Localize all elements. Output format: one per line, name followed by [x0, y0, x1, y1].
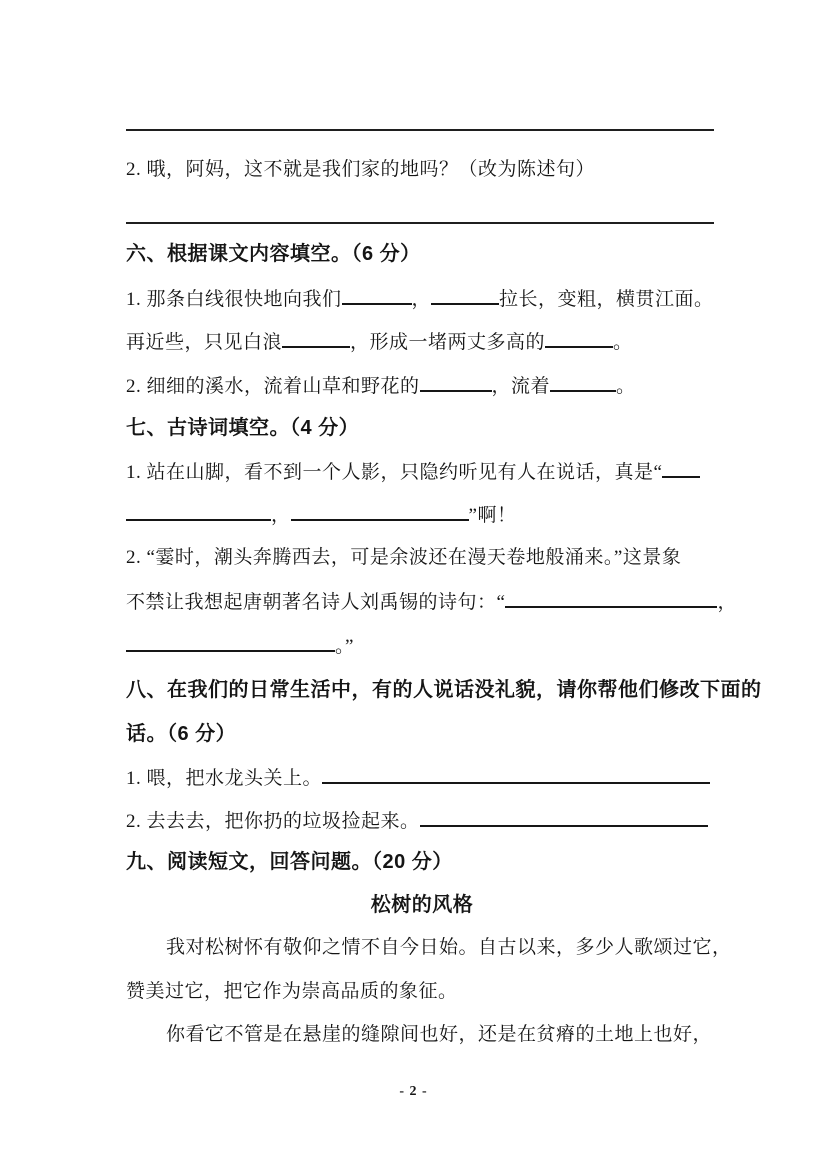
- section6-q1-line1: 1. 那条白线很快地向我们，拉长，变粗，横贯江面。: [126, 285, 714, 313]
- question-text: 。: [613, 332, 633, 353]
- question-text: ，流着: [492, 376, 551, 397]
- question-text: 2. “霎时，潮头奔腾西去，可是余波还在漫天卷地般涌来。”这景象: [126, 547, 681, 568]
- passage-title-text: 松树的风格: [371, 894, 474, 916]
- divider-line: [126, 222, 714, 224]
- question-text: ，: [717, 592, 737, 613]
- passage-text: 我对松树怀有敬仰之情不自今日始。自古以来，多少人歌颂过它，: [166, 937, 732, 958]
- section7-q2-line3: 。”: [126, 632, 354, 660]
- answer-blank: [420, 807, 708, 827]
- answer-blank: [126, 632, 335, 652]
- divider-line: [126, 129, 714, 131]
- answer-blank: [126, 501, 271, 521]
- answer-blank: [550, 372, 616, 392]
- section7-heading: 七、古诗词填空。（4 分）: [126, 415, 359, 441]
- question-text: 。”: [335, 636, 354, 657]
- question-text: 1. 喂，把水龙头关上。: [126, 768, 322, 789]
- section-heading-text: 九、阅读短文，回答问题。（20 分）: [126, 851, 453, 873]
- question-line-prev-q2: 2. 哦，阿妈，这不就是我们家的地吗？（改为陈述句）: [126, 157, 595, 183]
- question-text: 1. 站在山脚，看不到一个人影，只隐约听见有人在说话，真是“: [126, 462, 662, 483]
- answer-blank: [322, 764, 710, 784]
- section7-q1-line2: ，”啊！: [126, 501, 516, 529]
- page-number-text: - 2 -: [399, 1084, 427, 1099]
- exam-page: 2. 哦，阿妈，这不就是我们家的地吗？（改为陈述句） 六、根据课文内容填空。（6…: [0, 0, 827, 1169]
- section8-q2-line: 2. 去去去，把你扔的垃圾捡起来。: [126, 807, 708, 835]
- section6-heading: 六、根据课文内容填空。（6 分）: [126, 241, 421, 267]
- answer-blank: [545, 328, 613, 348]
- section9-heading: 九、阅读短文，回答问题。（20 分）: [126, 849, 453, 875]
- question-text: 再近些，只见白浪: [126, 332, 282, 353]
- section-heading-text: 七、古诗词填空。（4 分）: [126, 417, 359, 439]
- question-text: 拉长，变粗，横贯江面。: [499, 289, 714, 310]
- section7-q2-line2: 不禁让我想起唐朝著名诗人刘禹锡的诗句：“，: [126, 588, 737, 616]
- page-number: - 2 -: [0, 1084, 827, 1100]
- section-heading-text: 六、根据课文内容填空。（6 分）: [126, 243, 421, 265]
- answer-blank: [662, 458, 700, 478]
- answer-blank: [431, 285, 499, 305]
- question-text: 。: [616, 376, 636, 397]
- question-text: 不禁让我想起唐朝著名诗人刘禹锡的诗句：“: [126, 592, 505, 613]
- passage-text: 赞美过它，把它作为崇高品质的象征。: [126, 981, 458, 1002]
- passage-paragraph1-line1: 我对松树怀有敬仰之情不自今日始。自古以来，多少人歌颂过它，: [166, 935, 732, 961]
- section8-heading-line2: 话。（6 分）: [126, 721, 236, 747]
- answer-blank: [342, 285, 412, 305]
- question-text: ”啊！: [469, 505, 517, 526]
- passage-paragraph1-line2: 赞美过它，把它作为崇高品质的象征。: [126, 979, 458, 1005]
- passage-paragraph2-line1: 你看它不管是在悬崖的缝隙间也好，还是在贫瘠的土地上也好，: [166, 1022, 712, 1048]
- question-text: 1. 那条白线很快地向我们: [126, 289, 342, 310]
- section8-q1-line: 1. 喂，把水龙头关上。: [126, 764, 710, 792]
- answer-blank: [291, 501, 469, 521]
- passage-text: 你看它不管是在悬崖的缝隙间也好，还是在贫瘠的土地上也好，: [166, 1024, 712, 1045]
- question-text: ，: [412, 289, 432, 310]
- question-text: ，形成一堵两丈多高的: [350, 332, 545, 353]
- section7-q1-line1: 1. 站在山脚，看不到一个人影，只隐约听见有人在说话，真是“: [126, 458, 700, 486]
- section6-q1-line2: 再近些，只见白浪，形成一堵两丈多高的。: [126, 328, 633, 356]
- question-text: 2. 去去去，把你扔的垃圾捡起来。: [126, 811, 420, 832]
- section8-heading-line1: 八、在我们的日常生活中，有的人说话没礼貌，请你帮他们修改下面的: [126, 677, 762, 703]
- answer-blank: [282, 328, 350, 348]
- question-text: ，: [271, 505, 291, 526]
- section-heading-text: 话。（6 分）: [126, 723, 236, 745]
- section7-q2-line1: 2. “霎时，潮头奔腾西去，可是余波还在漫天卷地般涌来。”这景象: [126, 545, 681, 571]
- passage-title: 松树的风格: [126, 892, 718, 918]
- question-text: 2. 哦，阿妈，这不就是我们家的地吗？（改为陈述句）: [126, 159, 595, 180]
- section6-q2-line: 2. 细细的溪水，流着山草和野花的，流着。: [126, 372, 636, 400]
- question-text: 2. 细细的溪水，流着山草和野花的: [126, 376, 420, 397]
- section-heading-text: 八、在我们的日常生活中，有的人说话没礼貌，请你帮他们修改下面的: [126, 679, 762, 701]
- answer-blank: [420, 372, 492, 392]
- answer-blank: [505, 588, 717, 608]
